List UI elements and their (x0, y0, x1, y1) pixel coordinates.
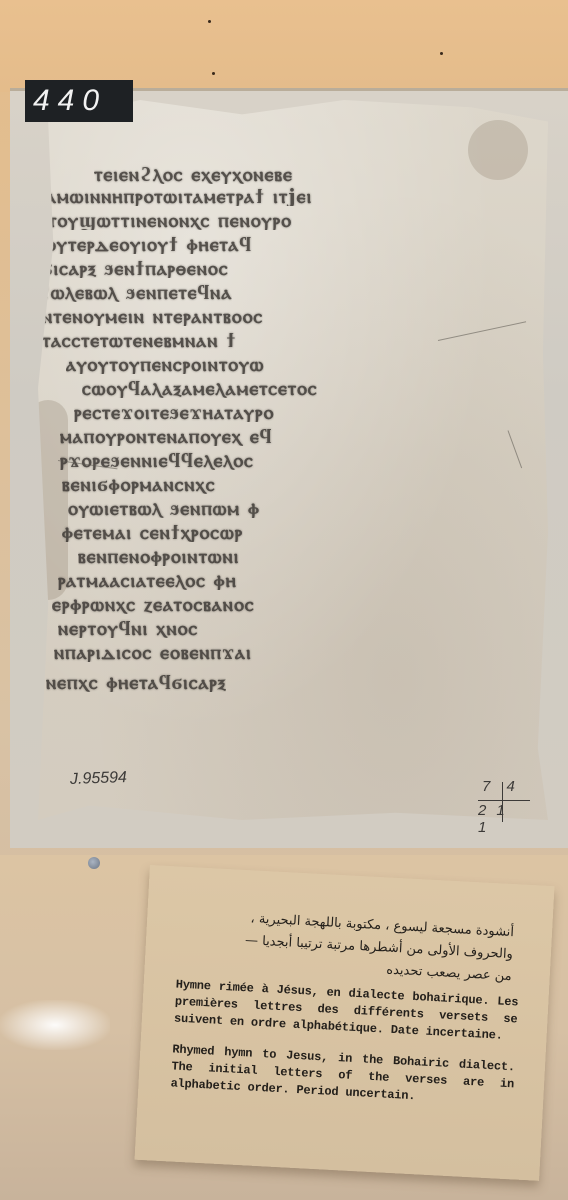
folio-mark-bottom: 21 1 (478, 802, 538, 836)
manuscript-stain (468, 120, 528, 180)
manuscript-line: ⲁⲙⲱⲓⲛⲛⲏⲡⲣⲟⲧⲱⲓⲧⲁⲙⲉⲧⲣⲁϯ ⲓⲧϳⲉⲓ (46, 184, 312, 206)
dust-speck (208, 20, 211, 23)
coptic-manuscript-leaf: ⲧⲉⲓⲉⲛϩⲗⲟⲥ ⲉⲭⲉⲩⲭⲟⲛⲉⲃⲉ ⲁⲙⲱⲓⲛⲛⲏⲡⲣⲟⲧⲱⲓⲧⲁⲙⲉⲧⲣ… (38, 100, 548, 820)
manuscript-crack (438, 321, 526, 341)
manuscript-line: ⲛⲡⲁⲣⲓⲇⲓⲥⲟⲥ ⲉⲟⲃⲉⲛⲡϫⲁⲓ (54, 640, 252, 662)
manuscript-crack (508, 430, 523, 468)
manuscript-line: ⲫⲉⲧⲉⲙⲁⲓ ⲥⲉⲛϯⲭⲣⲟⲥⲱⲣ (62, 520, 243, 542)
folio-mark: 7 4 21 1 (478, 778, 538, 826)
manuscript-line: ⲉⲣⲫⲣⲱⲛⲭⲥ ⲍⲉⲁⲧⲟⲥⲃⲁⲛⲟⲥ (52, 592, 254, 614)
manuscript-line: ⲣϫⲟⲣⲉϧⲉⲛⲛⲓⲉϥϥⲉⲗⲉⲗⲟⲥ (60, 448, 254, 470)
manuscript-line: ϩⲱⲗⲉⲃⲱⲗ ϧⲉⲛⲡⲉⲧⲉϥⲛⲁ (38, 280, 232, 302)
manuscript-line: ⲧⲉⲓⲉⲛϩⲗⲟⲥ ⲉⲭⲉⲩⲭⲟⲛⲉⲃⲉ (94, 162, 293, 184)
manuscript-line: ⲙⲁⲡⲟⲩⲣⲟⲛⲧⲉⲛⲁⲡⲟⲩⲉⲭ ⲉϥ (60, 424, 273, 446)
manuscript-line: ⲧⲟⲩϣⲱⲧⲧⲓⲛⲉⲛⲟⲛⲭⲥ ⲡⲉⲛⲟⲩⲣⲟ (48, 208, 292, 230)
label-english-text: Rhymed hymn to Jesus, in the Bohairic di… (170, 1041, 515, 1110)
manuscript-line: ⲛⲧⲉⲛⲟⲩⲙⲉⲓⲛ ⲛⲧⲉⲣⲁⲛⲧⲃⲟⲟⲥ (42, 304, 263, 326)
dust-speck (212, 72, 215, 75)
manuscript-line: ⲥⲱⲟⲩϥⲁⲗⲁⲝⲁⲙⲉⲗⲁⲙⲉⲧⲥⲉⲧⲟⲥ (82, 376, 317, 398)
manuscript-line: ⲃⲉⲛⲡⲉⲛⲟⲫⲣⲟⲓⲛⲧⲱⲛⲓ (78, 544, 239, 566)
label-french-text: Hymne rimée à Jésus, en dialecte bohairi… (174, 977, 519, 1046)
manuscript-line: ⲣⲉⲥⲧⲉϫⲟⲓⲧⲉϧⲉϫⲏⲁⲧⲁⲩⲣⲟ (74, 400, 274, 422)
mounting-pin (88, 857, 100, 869)
wall-background (0, 0, 568, 92)
case-number-tag: 440 (25, 80, 133, 122)
glass-glare (0, 1000, 110, 1050)
manuscript-line: ⲣⲁⲧⲙⲁⲁⲥⲓⲁⲧⲉⲉⲗⲟⲥ ⲫⲏ (58, 568, 237, 590)
manuscript-line: ⲛⲉⲣⲧⲟⲩϥⲛⲓ ⲭⲛⲟⲥ (58, 616, 198, 638)
manuscript-line: ⲟⲩⲱⲓⲉⲧⲃⲱⲗ ϧⲉⲛⲡⲱⲙ ⲫ (68, 496, 260, 518)
inventory-number: J.95594 (70, 769, 128, 789)
folio-divider (478, 800, 530, 801)
manuscript-line: ϭⲓⲥⲁⲣⲝ ϧⲉⲛϯⲡⲁⲣⲑⲉⲛⲟⲥ (42, 256, 228, 278)
manuscript-line: ⲛⲉⲡⲭⲥ ⲫⲏⲉⲧⲁϥϭⲓⲥⲁⲣⲝ (46, 670, 226, 692)
exhibit-label-card: أنشودة مسجعة ليسوع ، مكتوبة باللهجة البح… (135, 865, 555, 1181)
manuscript-line: ⲧⲁⲥⲥⲧⲉⲧⲱⲧⲉⲛⲉⲃⲙⲛⲁⲛ ϯ (42, 328, 236, 350)
dust-speck (440, 52, 443, 55)
manuscript-line: ⲁⲩⲟⲩⲧⲟⲩⲡⲉⲛⲥⲣⲟⲓⲛⲧⲟⲩⲱ (66, 352, 264, 374)
manuscript-line: ⲟⲩⲧⲉⲣⲇⲉⲟⲩⲓⲟⲩϯ ⲫⲏⲉⲧⲁϥ (46, 232, 252, 254)
manuscript-line: ⲃⲉⲛⲓϭⲫⲟⲣⲙⲁⲛⲥⲛⲭⲥ (62, 472, 216, 494)
